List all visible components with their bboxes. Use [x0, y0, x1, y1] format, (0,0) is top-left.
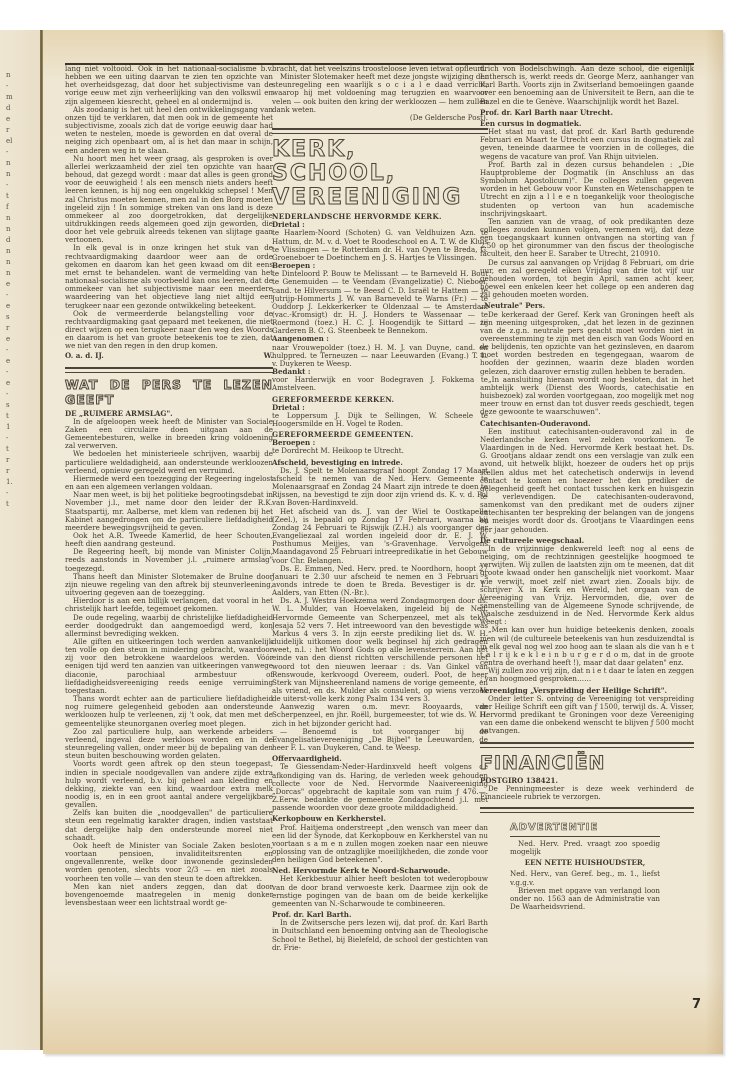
- column-3: drich von Bodelschwingh. Aan deze school…: [480, 65, 694, 911]
- article-paragraph: Thans wordt echter aan de particuliere l…: [65, 695, 273, 728]
- adjacent-page-fragment: e: [6, 114, 20, 124]
- section-title-kerk: KERK, SCHOOL, VEREENIGING: [272, 138, 488, 210]
- adjacent-page-fragment: r: [6, 323, 20, 333]
- section-title-line-1: KERK, SCHOOL,: [272, 138, 488, 186]
- article-paragraph: Het Kerkbestuur alhier heeft besloten to…: [272, 875, 488, 908]
- article-paragraph: Naar men weet, is bij het politieke begr…: [65, 491, 273, 532]
- adjacent-page-fragment: e: [6, 279, 20, 289]
- article-paragraph: Ds. J. Spelt te Molenaarsgraaf hoopt Zon…: [272, 467, 488, 508]
- article-paragraph: Onder letter S. ontving de Vereeniging t…: [480, 695, 694, 736]
- article-paragraph: Alle giften en uitkeeringen toch werden …: [65, 638, 273, 695]
- article-paragraph: Ten aanzien van de vraag, of ook predika…: [480, 218, 694, 259]
- article-paragraph: Te Giessendam-Neder-Hardinxveld heeft vo…: [272, 763, 488, 812]
- finance-text: De Penningmeester is deze week verhinder…: [480, 785, 694, 801]
- essay-paragraph: Ook de vermeerderde belangstelling voor …: [65, 310, 273, 351]
- article-source: (De Geldersche Post).: [272, 114, 488, 122]
- article-paragraph: Ook het A.R. Tweede Kamerlid, de heer Sc…: [65, 532, 273, 548]
- adjacent-page-fragment: e: [6, 301, 20, 311]
- article-paragraph: Aanwezig waren o.m. mevr. Rooyaards, van…: [272, 703, 488, 727]
- adjacent-page-fragment: r: [6, 455, 20, 465]
- adjacent-page-fragment: -: [6, 81, 20, 91]
- adjacent-page-fragment: r: [6, 125, 20, 135]
- section-title-line-2: VEREENIGING: [272, 186, 488, 210]
- advert-line-2: Ned. Herv., van Geref. beg., m. 1., lief…: [510, 870, 660, 886]
- article-paragraph: Zoo zal particuliere hulp, aan werkende …: [65, 728, 273, 761]
- adjacent-page-fragment: n: [6, 70, 20, 80]
- signature-line: O. a. d. IJ. W.: [65, 352, 273, 360]
- article-paragraph: Hierdoor is aan een billijk verlangen, d…: [65, 597, 273, 613]
- pers-article-body: In de afgeloopen week heeft de Minister …: [65, 418, 273, 907]
- article-paragraph: Ds. A. J. Westra Hoekzema werd Zondagmor…: [272, 597, 488, 703]
- adjacent-page-fragment: t: [6, 444, 20, 454]
- column-3-articles: Prof. dr. Karl Barth naar Utrecht.Een cu…: [480, 109, 694, 736]
- article-paragraph: Ds. E. Emmen, Ned. Herv. pred. te Noordh…: [272, 565, 488, 598]
- advert-headline: EEN NETTE HUISHOUDSTER,: [510, 859, 660, 867]
- announcement-text: te Haarlem-Noord (Schoten) G. van Veldhu…: [272, 229, 488, 262]
- article-paragraph: De oude regeling, waarbij de christelijk…: [65, 614, 273, 638]
- adjacent-page-fragment: t: [6, 499, 20, 509]
- article-paragraph: — Benoemd is tot voorganger bij de Evang…: [272, 728, 488, 752]
- advert-rule: [510, 836, 660, 837]
- adjacent-page-fragment: -: [6, 180, 20, 190]
- section-title-pers: WAT DE PERS TE LEZEN GEEFT: [65, 377, 273, 407]
- adjacent-page-fragment: t: [6, 411, 20, 421]
- barth-continuation: drich von Bodelschwingh. Aan deze school…: [480, 65, 694, 106]
- section-title-finance: FINANCIËN: [480, 752, 694, 774]
- article-paragraph: We bedoelen het ministerieele schrijven,…: [65, 450, 273, 474]
- adjacent-page-fragment: e: [6, 334, 20, 344]
- adjacent-page-fragment: n: [6, 268, 20, 278]
- article-paragraph: „Men kan over hun huidige beteekenis den…: [480, 626, 694, 667]
- article-paragraph: „In aansluiting hieraan wordt nog beslot…: [480, 376, 694, 417]
- adjacent-page-fragment: n: [6, 169, 20, 179]
- adjacent-page-fragment: -: [6, 147, 20, 157]
- article-paragraph: Ook heeft de Minister van Sociale Zaken …: [65, 842, 273, 883]
- adjacent-page-fragment: d: [6, 235, 20, 245]
- announcement-text: te Dinteloord P. Bouw te Melissant — te …: [272, 270, 488, 335]
- essay-paragraph: lang niet voltooid. Ook in het nationaal…: [65, 65, 273, 106]
- adjacent-page-fragment: n: [6, 257, 20, 267]
- page-number: 7: [692, 997, 701, 1012]
- announcement-text: naar Vrouwepolder (toez.) H. M. J. van D…: [272, 344, 488, 368]
- adjacent-page-fragment: -: [6, 367, 20, 377]
- adjacent-page-fragment: e: [6, 378, 20, 388]
- adjacent-page-fragment: r: [6, 466, 20, 476]
- article-paragraph: Een instituut catechisanten-ouderavond z…: [480, 428, 694, 534]
- article-paragraph: De kerkeraad der Geref. Kerk van Groning…: [480, 311, 694, 376]
- signature-location: O. a. d. IJ.: [65, 352, 104, 360]
- column-2: bracht, dat het veelszins troosteloose l…: [272, 65, 488, 952]
- adjacent-page-fragment: s: [6, 400, 20, 410]
- article-paragraph: Prof. Haitjema onderstreept „den wensch …: [272, 824, 488, 865]
- adjacent-page-fragment: -: [6, 345, 20, 355]
- article-paragraph: In de vrijzinnige denkwereld leeft nog a…: [480, 545, 694, 627]
- announcement-text: te Dordrecht M. Heikoop te Utrecht.: [272, 447, 488, 455]
- article-paragraph: Zelfs kan buiten die „noodgevallen" de p…: [65, 809, 273, 842]
- article-paragraph: In de afgeloopen week heeft de Minister …: [65, 418, 273, 451]
- article-paragraph: In de Zwitsersche pers lezen wij, dat pr…: [272, 919, 488, 952]
- advertisement: ADVERTENTIE Ned. Herv. Pred. vraagt zoo …: [510, 821, 660, 911]
- pers-continuation: bracht, dat het veelszins troosteloose l…: [272, 65, 488, 114]
- adjacent-page-fragment: t: [6, 191, 20, 201]
- advert-title: ADVERTENTIE: [510, 821, 660, 834]
- adjacent-page-fragment: s: [6, 312, 20, 322]
- essay-paragraph: Als zoodanig is het uit heel den ontwikk…: [65, 106, 273, 155]
- newspaper-page: lang niet voltooid. Ook in het nationaal…: [43, 30, 723, 1054]
- article-paragraph: Thans heeft dan Minister Slotemaker de B…: [65, 573, 273, 597]
- article-paragraph: Het afscheid van ds. J. van der Wiel te …: [272, 508, 488, 565]
- article-paragraph: Het staat nu vast, dat prof. dr. Karl Ba…: [480, 128, 694, 161]
- article-paragraph: De cursus zal aanvangen op Vrijdag 8 Feb…: [480, 259, 694, 300]
- announcement-text: te Loppersum J. Dijk te Sellingen, W. Sc…: [272, 412, 488, 428]
- advert-line-1: Ned. Herv. Pred. vraagt zoo spoedig moge…: [510, 840, 660, 856]
- section-divider: [65, 367, 273, 373]
- article-paragraph: drich von Bodelschwingh. Aan deze school…: [480, 65, 694, 106]
- article-paragraph: Wij zullen zoo vrij zijn, dat n i e t da…: [480, 667, 694, 683]
- column-1: lang niet voltooid. Ook in het nationaal…: [65, 65, 273, 907]
- article-paragraph: De Regeering heeft, bij monde van Minist…: [65, 548, 273, 572]
- article-paragraph: Hiermede werd een toezegging der Regeeri…: [65, 475, 273, 491]
- article-paragraph: Voorts wordt geen aftrek op den steun to…: [65, 760, 273, 809]
- church-articles: Afscheid, bevestiging en intrede.Ds. J. …: [272, 459, 488, 952]
- church-announcements: NEDERLANDSCHE HERVORMDE KERK.Drietal :te…: [272, 213, 488, 456]
- adjacent-page-fragment: 1.: [6, 477, 20, 487]
- adjacent-page-fragment: -: [6, 433, 20, 443]
- adjacent-page-fragment: el: [6, 136, 20, 146]
- essay-continuation: lang niet voltooid. Ook in het nationaal…: [65, 65, 273, 350]
- adjacent-page-fragment: -: [6, 290, 20, 300]
- section-divider: [272, 128, 488, 134]
- adjacent-page-fragment: n: [6, 158, 20, 168]
- article-paragraph: Prof. Barth zal in dezen cursus behandel…: [480, 161, 694, 218]
- adjacent-page-fragment: e: [6, 356, 20, 366]
- adjacent-page-strip: n-mderel-nn-tfnndnnne-esre-e-e-st1-trr1.…: [0, 30, 40, 1050]
- article-paragraph: Men kan niet anders zeggen, dan dat door…: [65, 883, 273, 907]
- announcement-text: voor Harderwijk en voor Bodegraven J. Fo…: [272, 376, 488, 392]
- article-paragraph: Minister Slotemaker heeft met deze jongs…: [272, 73, 488, 114]
- advert-line-3: Brieven met opgave van verlangd loon ond…: [510, 887, 660, 911]
- adjacent-page-fragment: 1: [6, 422, 20, 432]
- adjacent-page-fragment: n: [6, 246, 20, 256]
- adjacent-page-fragment: f: [6, 202, 20, 212]
- section-divider: [480, 807, 694, 813]
- adjacent-page-fragment: -: [6, 488, 20, 498]
- adjacent-page-fragment: d: [6, 103, 20, 113]
- section-divider: [480, 742, 694, 748]
- adjacent-page-fragment: m: [6, 92, 20, 102]
- essay-paragraph: In elk geval is in onze kringen het stuk…: [65, 244, 273, 309]
- adjacent-page-fragment: n: [6, 213, 20, 223]
- adjacent-page-fragment: n: [6, 224, 20, 234]
- article-heading: Prof. dr. Karl Barth naar Utrecht.: [480, 109, 694, 117]
- essay-paragraph: Nu hoort men het weer graag, als gesprok…: [65, 155, 273, 245]
- adjacent-page-fragment: -: [6, 389, 20, 399]
